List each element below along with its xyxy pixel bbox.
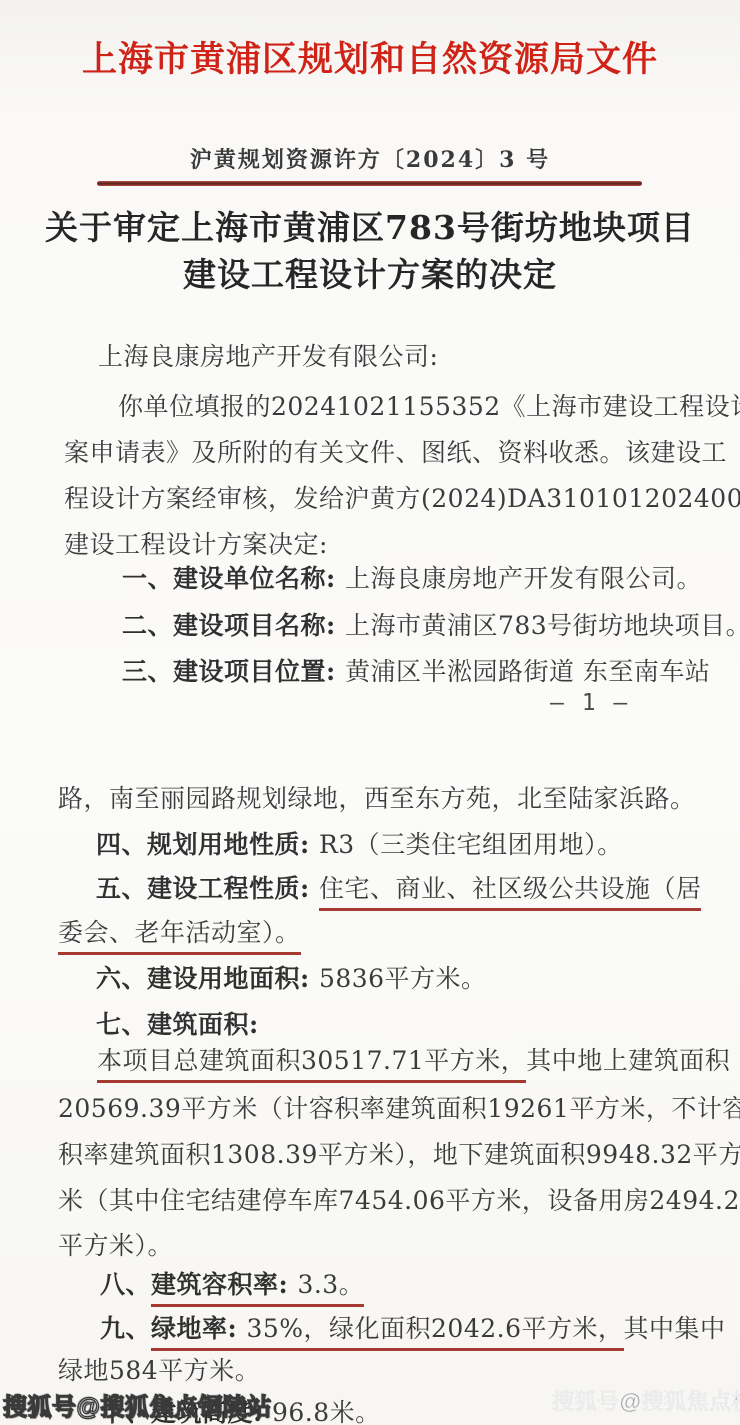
item-9-prefix: 九、 xyxy=(100,1314,151,1343)
watermark-bottom-right: 搜狐号@搜狐焦点杭州站 xyxy=(552,1385,740,1416)
item-3-value: 黄浦区半淞园路街道 东至南车站 xyxy=(345,657,710,686)
item-2-label: 二、建设项目名称: xyxy=(122,611,345,640)
item-9-continued: 绿地584平方米。 xyxy=(58,1354,260,1388)
document-title-line1: 关于审定上海市黄浦区783号街坊地块项目 xyxy=(0,202,740,249)
issuing-org-title: 上海市黄浦区规划和自然资源局文件 xyxy=(0,32,740,82)
item-6-label: 六、建设用地面积: xyxy=(96,964,319,993)
item-1-value: 上海良康房地产开发有限公司。 xyxy=(345,564,702,593)
item-4-label: 四、规划用地性质: xyxy=(96,830,319,859)
item-9-rest: 其中集中 xyxy=(624,1314,726,1343)
red-divider-rule xyxy=(97,181,642,186)
item-8-label: 建筑容积率: xyxy=(151,1270,297,1299)
paragraph-line-1: 你单位填报的20241021155352《上海市建设工程设计方 xyxy=(118,390,740,424)
item-9-value: 35%，绿化面积2042.6平方米， xyxy=(246,1314,623,1343)
item-3-continued: 路，南至丽园路规划绿地，西至东方苑，北至陆家浜路。 xyxy=(58,782,696,816)
item-7-para-line-1: 本项目总建筑面积30517.71平方米，其中地上建筑面积 xyxy=(97,1044,730,1078)
item-4: 四、规划用地性质: R3（三类住宅组团用地）。 xyxy=(96,828,623,862)
item-1-label: 一、建设单位名称: xyxy=(122,564,345,593)
item-9-label: 绿地率: xyxy=(151,1314,246,1343)
item-7-para-line-1-rest: 其中地上建筑面积 xyxy=(526,1046,730,1075)
item-4-value: R3（三类住宅组团用地）。 xyxy=(319,830,623,859)
paragraph-line-2: 案申请表》及所附的有关文件、图纸、资料收悉。该建设工 xyxy=(64,436,727,470)
document-title-line2: 建设工程设计方案的决定 xyxy=(0,249,740,296)
item-5-cont-underlined: 委会、老年活动室）。 xyxy=(58,918,301,955)
item-7-para-line-5: 平方米）。 xyxy=(58,1229,173,1263)
item-6: 六、建设用地面积: 5836平方米。 xyxy=(96,962,487,996)
item-8: 八、建筑容积率: 3.3。 xyxy=(100,1268,364,1302)
item-7-para-line-4: 米（其中住宅结建停车库7454.06平方米，设备用房2494.26 xyxy=(58,1184,740,1218)
document-number: 沪黄规划资源许方〔2024〕3 号 xyxy=(0,143,740,174)
item-5-label: 五、建设工程性质: xyxy=(96,874,319,903)
item-5-continued: 委会、老年活动室）。 xyxy=(58,916,301,950)
item-2-value: 上海市黄浦区783号街坊地块项目。 xyxy=(345,611,740,640)
watermark-bottom-left: 搜狐号@搜狐焦点铜陵站 xyxy=(3,1387,272,1422)
page-number: — 1 — xyxy=(550,690,629,716)
item-8-value: 3.3。 xyxy=(297,1270,364,1299)
item-10-value: 96.8米。 xyxy=(272,1398,381,1425)
item-1: 一、建设单位名称: 上海良康房地产开发有限公司。 xyxy=(122,562,702,596)
item-9: 九、绿地率: 35%，绿化面积2042.6平方米，其中集中 xyxy=(100,1312,726,1346)
item-5-value-underlined: 住宅、商业、社区级公共设施（居 xyxy=(319,874,702,911)
item-8-prefix: 八、 xyxy=(100,1270,151,1299)
scanned-document-page: 上海市黄浦区规划和自然资源局文件 沪黄规划资源许方〔2024〕3 号 关于审定上… xyxy=(0,0,740,1425)
item-6-value: 5836平方米。 xyxy=(319,964,487,993)
item-7-total-area-underlined: 本项目总建筑面积30517.71平方米， xyxy=(97,1046,526,1083)
item-7: 七、建筑面积: xyxy=(96,1008,259,1042)
item-2: 二、建设项目名称: 上海市黄浦区783号街坊地块项目。 xyxy=(122,609,740,643)
salutation: 上海良康房地产开发有限公司: xyxy=(98,340,438,374)
item-7-para-line-2: 20569.39平方米（计容积率建筑面积19261平方米，不计容 xyxy=(58,1092,740,1126)
item-3: 三、建设项目位置: 黄浦区半淞园路街道 东至南车站 xyxy=(122,655,710,689)
item-3-label: 三、建设项目位置: xyxy=(122,657,345,686)
item-5: 五、建设工程性质: 住宅、商业、社区级公共设施（居 xyxy=(96,872,701,906)
paragraph-line-4: 建设工程设计方案决定: xyxy=(64,528,328,562)
paragraph-line-3: 程设计方案经审核，发给沪黄方(2024)DA310101202400851 xyxy=(64,482,740,516)
item-9-underlined: 绿地率: 35%，绿化面积2042.6平方米， xyxy=(151,1314,623,1351)
item-7-para-line-3: 积率建筑面积1308.39平方米），地下建筑面积9948.32平方 xyxy=(58,1138,740,1172)
item-8-underlined: 建筑容积率: 3.3。 xyxy=(151,1270,364,1307)
item-7-label: 七、建筑面积: xyxy=(96,1010,259,1039)
